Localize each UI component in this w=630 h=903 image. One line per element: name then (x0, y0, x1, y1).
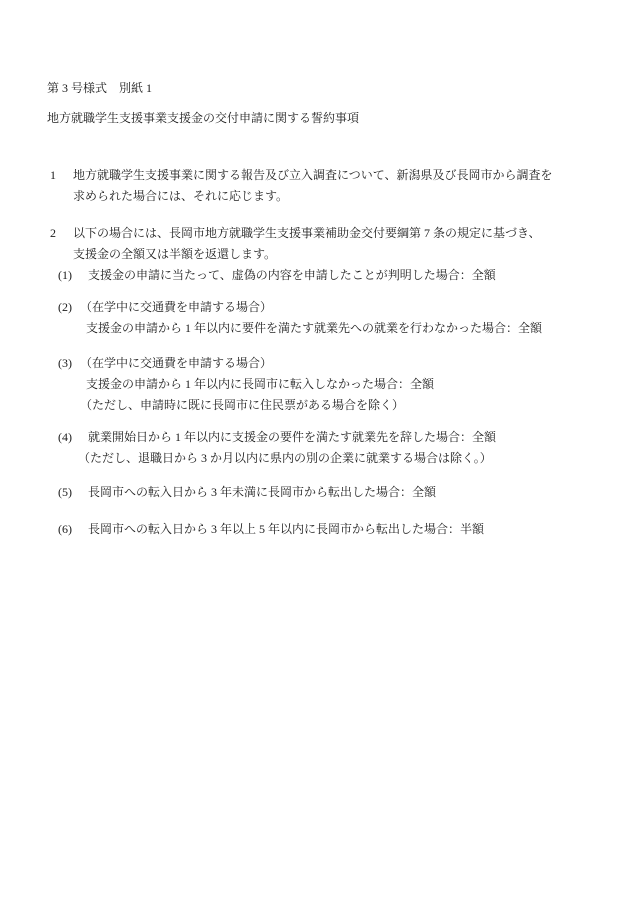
section-number: 1 (50, 165, 73, 186)
clause-body: 支援金の申請に当たって、虚偽の内容を申請したことが判明した場合：全額 (88, 265, 600, 286)
document-title: 地方就職学生支援事業支援金の交付申請に関する誓約事項 (47, 108, 600, 129)
clause-text-line: （ただし、退職日から 3 か月以内に県内の別の企業に就業する場合は除く。） (78, 448, 600, 469)
section-text-line: 求められた場合には、それに応じます。 (73, 186, 600, 207)
section-1: 1 地方就職学生支援事業に関する報告及び立入調査について、新潟県及び長岡市から調… (47, 165, 600, 207)
clause-marker: (4) (58, 427, 88, 448)
section-text-line: 地方就職学生支援事業に関する報告及び立入調査について、新潟県及び長岡市から調査を (73, 165, 600, 186)
form-label: 第 3 号様式 別紙 1 (47, 78, 600, 99)
clause-body: 長岡市への転入日から 3 年以上 5 年以内に長岡市から転出した場合：半額 (88, 519, 600, 540)
section-text-line: 以下の場合には、長岡市地方就職学生支援事業補助金交付要綱第 7 条の規定に基づき… (73, 223, 600, 244)
clause-4: (4) 就業開始日から 1 年以内に支援金の要件を満たす就業先を辞した場合：全額… (47, 427, 600, 469)
clause-marker: (5) (58, 482, 88, 503)
clause-body: （在学中に交通費を申請する場合） 支援金の申請から 1 年以内に要件を満たす就業… (80, 297, 600, 339)
clause-marker: (2) (58, 297, 80, 318)
section-body: 地方就職学生支援事業に関する報告及び立入調査について、新潟県及び長岡市から調査を… (73, 165, 600, 207)
clause-2: (2) （在学中に交通費を申請する場合） 支援金の申請から 1 年以内に要件を満… (47, 297, 600, 339)
clause-text-line: 長岡市への転入日から 3 年以上 5 年以内に長岡市から転出した場合：半額 (88, 519, 600, 540)
clause-marker: (1) (58, 265, 88, 286)
document-page: 第 3 号様式 別紙 1 地方就職学生支援事業支援金の交付申請に関する誓約事項 … (0, 0, 630, 903)
section-2: 2 以下の場合には、長岡市地方就職学生支援事業補助金交付要綱第 7 条の規定に基… (47, 223, 600, 265)
clause-body: 就業開始日から 1 年以内に支援金の要件を満たす就業先を辞した場合：全額 （ただ… (88, 427, 600, 469)
clause-text-line: 支援金の申請に当たって、虚偽の内容を申請したことが判明した場合：全額 (88, 265, 600, 286)
clause-6: (6) 長岡市への転入日から 3 年以上 5 年以内に長岡市から転出した場合：半… (47, 519, 600, 540)
section-body: 以下の場合には、長岡市地方就職学生支援事業補助金交付要綱第 7 条の規定に基づき… (73, 223, 600, 265)
clause-1: (1) 支援金の申請に当たって、虚偽の内容を申請したことが判明した場合：全額 (47, 265, 600, 286)
clause-text-line: 支援金の申請から 1 年以内に要件を満たす就業先への就業を行わなかった場合：全額 (80, 318, 600, 339)
clause-body: （在学中に交通費を申請する場合） 支援金の申請から 1 年以内に長岡市に転入しな… (80, 353, 600, 416)
section-text-line: 支援金の全額又は半額を返還します。 (73, 244, 600, 265)
clause-5: (5) 長岡市への転入日から 3 年未満に長岡市から転出した場合：全額 (47, 482, 600, 503)
clause-text-line: （ただし、申請時に既に長岡市に住民票がある場合を除く） (80, 395, 600, 416)
clause-3: (3) （在学中に交通費を申請する場合） 支援金の申請から 1 年以内に長岡市に… (47, 353, 600, 416)
clause-text-line: 長岡市への転入日から 3 年未満に長岡市から転出した場合：全額 (88, 482, 600, 503)
clause-text-line: 就業開始日から 1 年以内に支援金の要件を満たす就業先を辞した場合：全額 (88, 427, 600, 448)
clause-marker: (3) (58, 353, 80, 374)
clause-body: 長岡市への転入日から 3 年未満に長岡市から転出した場合：全額 (88, 482, 600, 503)
clause-marker: (6) (58, 519, 88, 540)
clause-condition: （在学中に交通費を申請する場合） (80, 297, 600, 318)
clause-text-line: 支援金の申請から 1 年以内に長岡市に転入しなかった場合：全額 (80, 374, 600, 395)
clause-condition: （在学中に交通費を申請する場合） (80, 353, 600, 374)
section-number: 2 (50, 223, 73, 244)
